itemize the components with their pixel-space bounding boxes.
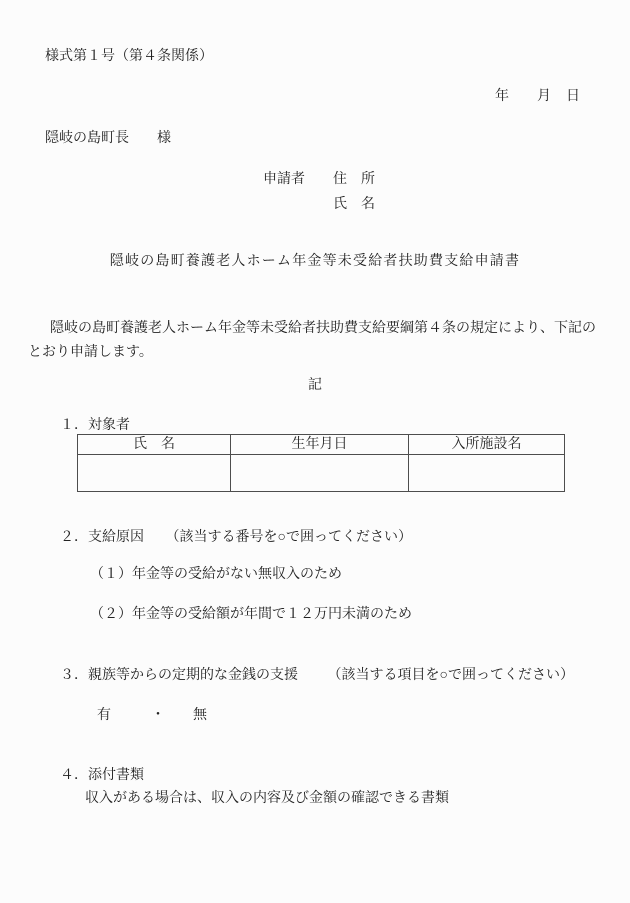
support-options-row: 有 ・ 無 [97, 707, 207, 725]
subjects-table: 氏 名 生年月日 入所施設名 [77, 434, 565, 492]
table-header-name: 氏 名 [78, 435, 231, 455]
section2-instruction: （該当する番号を○で囲ってください） [166, 530, 412, 545]
applicant-address-label: 住 所 [333, 171, 375, 189]
table-header-birthdate: 生年月日 [231, 435, 409, 455]
option-no: 無 [193, 707, 207, 725]
section3-heading-row: ３．親族等からの定期的な金銭の支援 （該当する項目を○で囲ってください） [60, 667, 574, 685]
section2-heading-row: ２．支給原因 （該当する番号を○で囲ってください） [60, 529, 412, 547]
applicant-name-label: 氏 名 [333, 196, 375, 214]
section2-item-2: （２）年金等の受給額が年間で１２万円未満のため [90, 606, 412, 624]
application-form-page: 様式第１号（第４条関係） 年 月 日 隠岐の島町長 様 申請者 住 所 氏 名 … [0, 0, 630, 903]
table-header-row: 氏 名 生年月日 入所施設名 [78, 435, 565, 455]
body-paragraph: 隠岐の島町養護老人ホーム年金等未受給者扶助費支給要綱第４条の規定により、下記の … [28, 317, 608, 365]
date-month-label: 月 [537, 88, 551, 106]
date-line: 年 月 日 [495, 88, 580, 106]
document-title: 隠岐の島町養護老人ホーム年金等未受給者扶助費支給申請書 [0, 253, 630, 271]
applicant-block: 申請者 住 所 氏 名 [263, 171, 375, 213]
body-line: とおり申請します。 [28, 341, 608, 365]
option-separator: ・ [151, 707, 165, 725]
body-line: 隠岐の島町養護老人ホーム年金等未受給者扶助費支給要綱第４条の規定により、下記の [28, 317, 608, 341]
date-year-label: 年 [495, 88, 509, 106]
section3-instruction: （該当する項目を○で囲ってください） [328, 668, 574, 683]
table-row [78, 455, 565, 492]
addressee-line: 隠岐の島町長 様 [45, 130, 171, 148]
table-cell-birthdate [231, 455, 409, 492]
section3-heading: ３．親族等からの定期的な金銭の支援 [60, 668, 298, 683]
date-day-label: 日 [566, 88, 580, 106]
table-cell-name [78, 455, 231, 492]
form-number: 様式第１号（第４条関係） [45, 48, 213, 66]
section4-note: 収入がある場合は、収入の内容及び金額の確認できる書類 [85, 790, 449, 808]
table-header-facility: 入所施設名 [409, 435, 565, 455]
section2-item-1: （１）年金等の受給がない無収入のため [90, 566, 342, 584]
table-cell-facility [409, 455, 565, 492]
section2-heading: ２．支給原因 [60, 530, 144, 545]
applicant-label: 申請者 [263, 171, 305, 189]
record-marker: 記 [0, 377, 630, 395]
section4-heading: ４．添付書類 [60, 767, 144, 785]
option-yes: 有 [97, 707, 111, 725]
section1-heading: １．対象者 [60, 417, 130, 435]
